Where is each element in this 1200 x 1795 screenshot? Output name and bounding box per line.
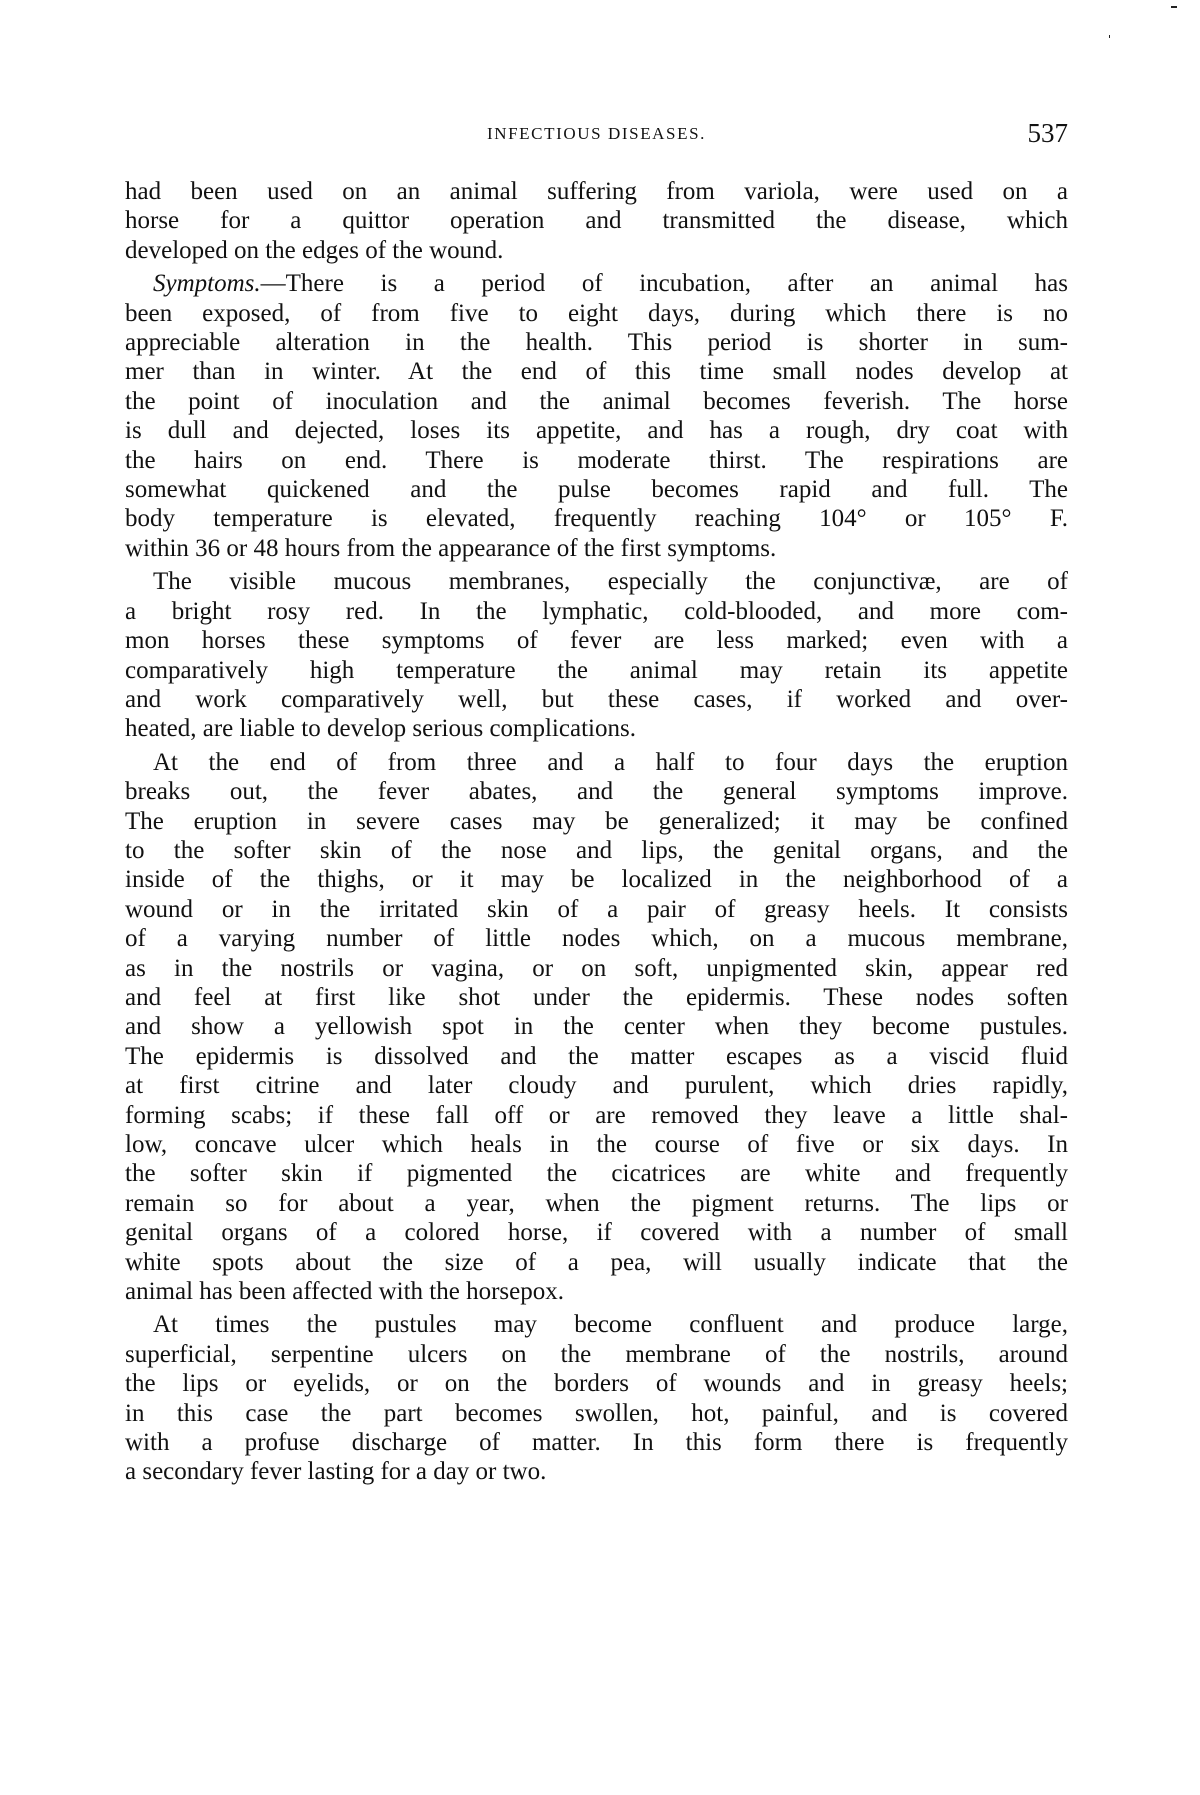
text-line: breaks out, the fever abates, and the ge…	[125, 777, 1068, 806]
text-line: heated, are liable to develop serious co…	[125, 714, 1068, 743]
text-line: and work comparatively well, but these c…	[125, 685, 1068, 714]
text-line: genital organs of a colored horse, if co…	[125, 1218, 1068, 1247]
scan-speck	[1171, 6, 1177, 8]
text-line: within 36 or 48 hours from the appearanc…	[125, 534, 1068, 563]
text-line: At times the pustules may become conflue…	[125, 1310, 1068, 1339]
text-line: in this case the part becomes swollen, h…	[125, 1399, 1068, 1428]
text-line: The epidermis is dissolved and the matte…	[125, 1042, 1068, 1071]
text-line: as in the nostrils or vagina, or on soft…	[125, 954, 1068, 983]
text-line: and show a yellowish spot in the center …	[125, 1012, 1068, 1041]
text-line: a bright rosy red. In the lymphatic, col…	[125, 597, 1068, 626]
text-line: mon horses these symptoms of fever are l…	[125, 626, 1068, 655]
section-lead-symptoms: Symptoms.	[153, 270, 261, 297]
page-number: 537	[1028, 118, 1069, 149]
text-line: the point of inoculation and the animal …	[125, 387, 1068, 416]
text-line: The eruption in severe cases may be gene…	[125, 807, 1068, 836]
text-line: been exposed, of from five to eight days…	[125, 299, 1068, 328]
text-line: body temperature is elevated, frequently…	[125, 504, 1068, 533]
text-line: and feel at first like shot under the ep…	[125, 983, 1068, 1012]
text-line: white spots about the size of a pea, wil…	[125, 1248, 1068, 1277]
text-line: with a profuse discharge of matter. In t…	[125, 1428, 1068, 1457]
text-line: comparatively high temperature the anima…	[125, 656, 1068, 685]
text-line: Symptoms.—There is a period of incubatio…	[125, 269, 1068, 298]
scan-speck	[1109, 35, 1110, 38]
text-line: at first citrine and later cloudy and pu…	[125, 1071, 1068, 1100]
text-line: inside of the thighs, or it may be local…	[125, 865, 1068, 894]
text-line: superficial, serpentine ulcers on the me…	[125, 1340, 1068, 1369]
text-line: somewhat quickened and the pulse becomes…	[125, 475, 1068, 504]
text-line: low, concave ulcer which heals in the co…	[125, 1130, 1068, 1159]
paragraph-symptoms: Symptoms.—There is a period of incubatio…	[125, 269, 1068, 563]
text-line: is dull and dejected, loses its appetite…	[125, 416, 1068, 445]
text-line: the hairs on end. There is moderate thir…	[125, 446, 1068, 475]
text-line: to the softer skin of the nose and lips,…	[125, 836, 1068, 865]
paragraph-confluent-pustules: At times the pustules may become conflue…	[125, 1310, 1068, 1486]
text-line: of a varying number of little nodes whic…	[125, 924, 1068, 953]
paragraph-eruption: At the end of from three and a half to f…	[125, 748, 1068, 1307]
text-line: At the end of from three and a half to f…	[125, 748, 1068, 777]
body-text: had been used on an animal suffering fro…	[125, 177, 1068, 1487]
paragraph-continuation: had been used on an animal suffering fro…	[125, 177, 1068, 265]
text-line-rest: —There is a period of incubation, after …	[261, 270, 1068, 297]
text-line: a secondary fever lasting for a day or t…	[125, 1457, 1068, 1486]
text-line: had been used on an animal suffering fro…	[125, 177, 1068, 206]
running-head: INFECTIOUS DISEASES. 537	[125, 118, 1068, 152]
running-title: INFECTIOUS DISEASES.	[125, 124, 1068, 144]
text-line: remain so for about a year, when the pig…	[125, 1189, 1068, 1218]
text-line: The visible mucous membranes, especially…	[125, 567, 1068, 596]
text-line: wound or in the irritated skin of a pair…	[125, 895, 1068, 924]
paragraph-mucous-membranes: The visible mucous membranes, especially…	[125, 567, 1068, 743]
text-line: appreciable alteration in the health. Th…	[125, 328, 1068, 357]
text-line: horse for a quittor operation and transm…	[125, 206, 1068, 235]
text-line: the softer skin if pigmented the cicatri…	[125, 1159, 1068, 1188]
text-line: developed on the edges of the wound.	[125, 236, 1068, 265]
text-line: the lips or eyelids, or on the borders o…	[125, 1369, 1068, 1398]
text-line: animal has been affected with the horsep…	[125, 1277, 1068, 1306]
text-line: forming scabs; if these fall off or are …	[125, 1101, 1068, 1130]
text-line: mer than in winter. At the end of this t…	[125, 357, 1068, 386]
